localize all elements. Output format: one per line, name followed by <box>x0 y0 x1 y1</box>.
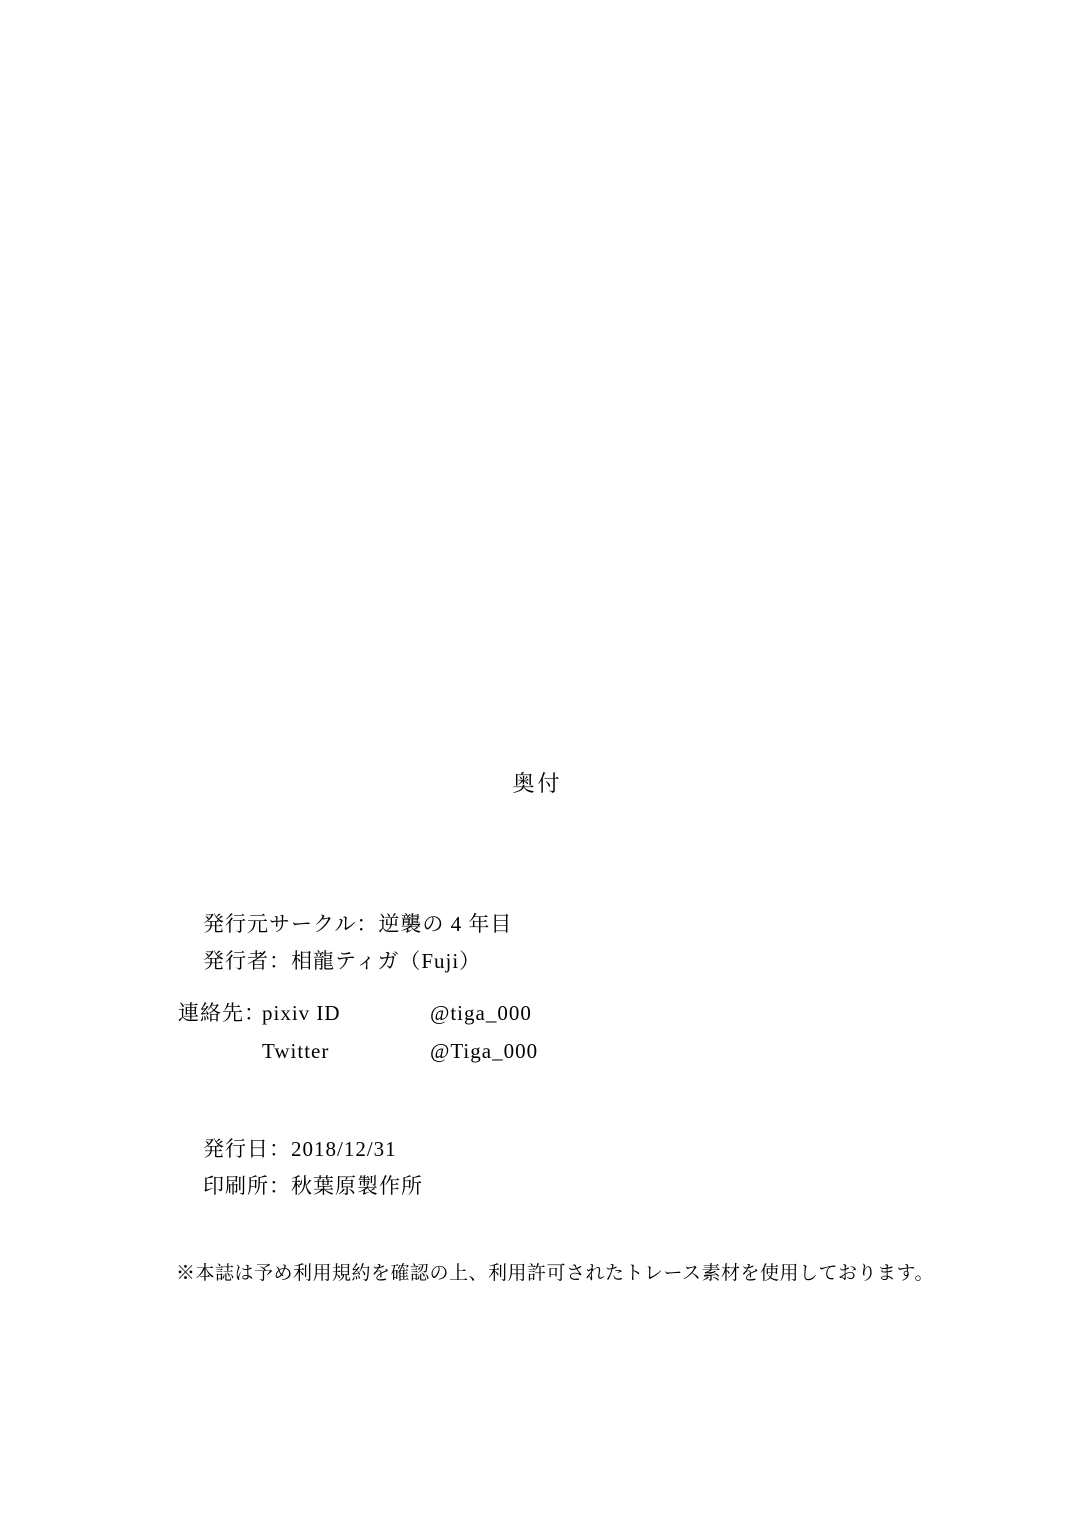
author-value: 相龍ティガ（Fuji） <box>291 949 481 973</box>
contact-row-twitter: Twitter @Tiga_000 <box>178 1039 538 1063</box>
contact-service-pixiv: pixiv ID <box>262 1001 430 1025</box>
contact-label: 連絡先： <box>178 1001 262 1025</box>
contact-service-twitter: Twitter <box>262 1039 430 1063</box>
contact-handle-pixiv: @tiga_000 <box>430 1001 532 1025</box>
trace-material-disclaimer: ※本誌は予め利用規約を確認の上、利用許可されたトレース素材を使用しております。 <box>176 1263 934 1286</box>
contact-row-pixiv: 連絡先： pixiv ID @tiga_000 <box>178 1001 532 1025</box>
page-title: 奥付 <box>0 773 1075 795</box>
printer-label: 印刷所： <box>203 1174 291 1198</box>
author-label: 発行者： <box>203 949 291 973</box>
printer-value: 秋葉原製作所 <box>291 1174 423 1198</box>
contact-handle-twitter: @Tiga_000 <box>430 1039 538 1063</box>
printer-line: 印刷所：秋葉原製作所 <box>178 1150 423 1222</box>
author-line: 発行者：相龍ティガ（Fuji） <box>178 925 481 997</box>
colophon-page: 奥付 発行元サークル：逆襲の 4 年目 発行者：相龍ティガ（Fuji） 連絡先：… <box>0 0 1075 1518</box>
